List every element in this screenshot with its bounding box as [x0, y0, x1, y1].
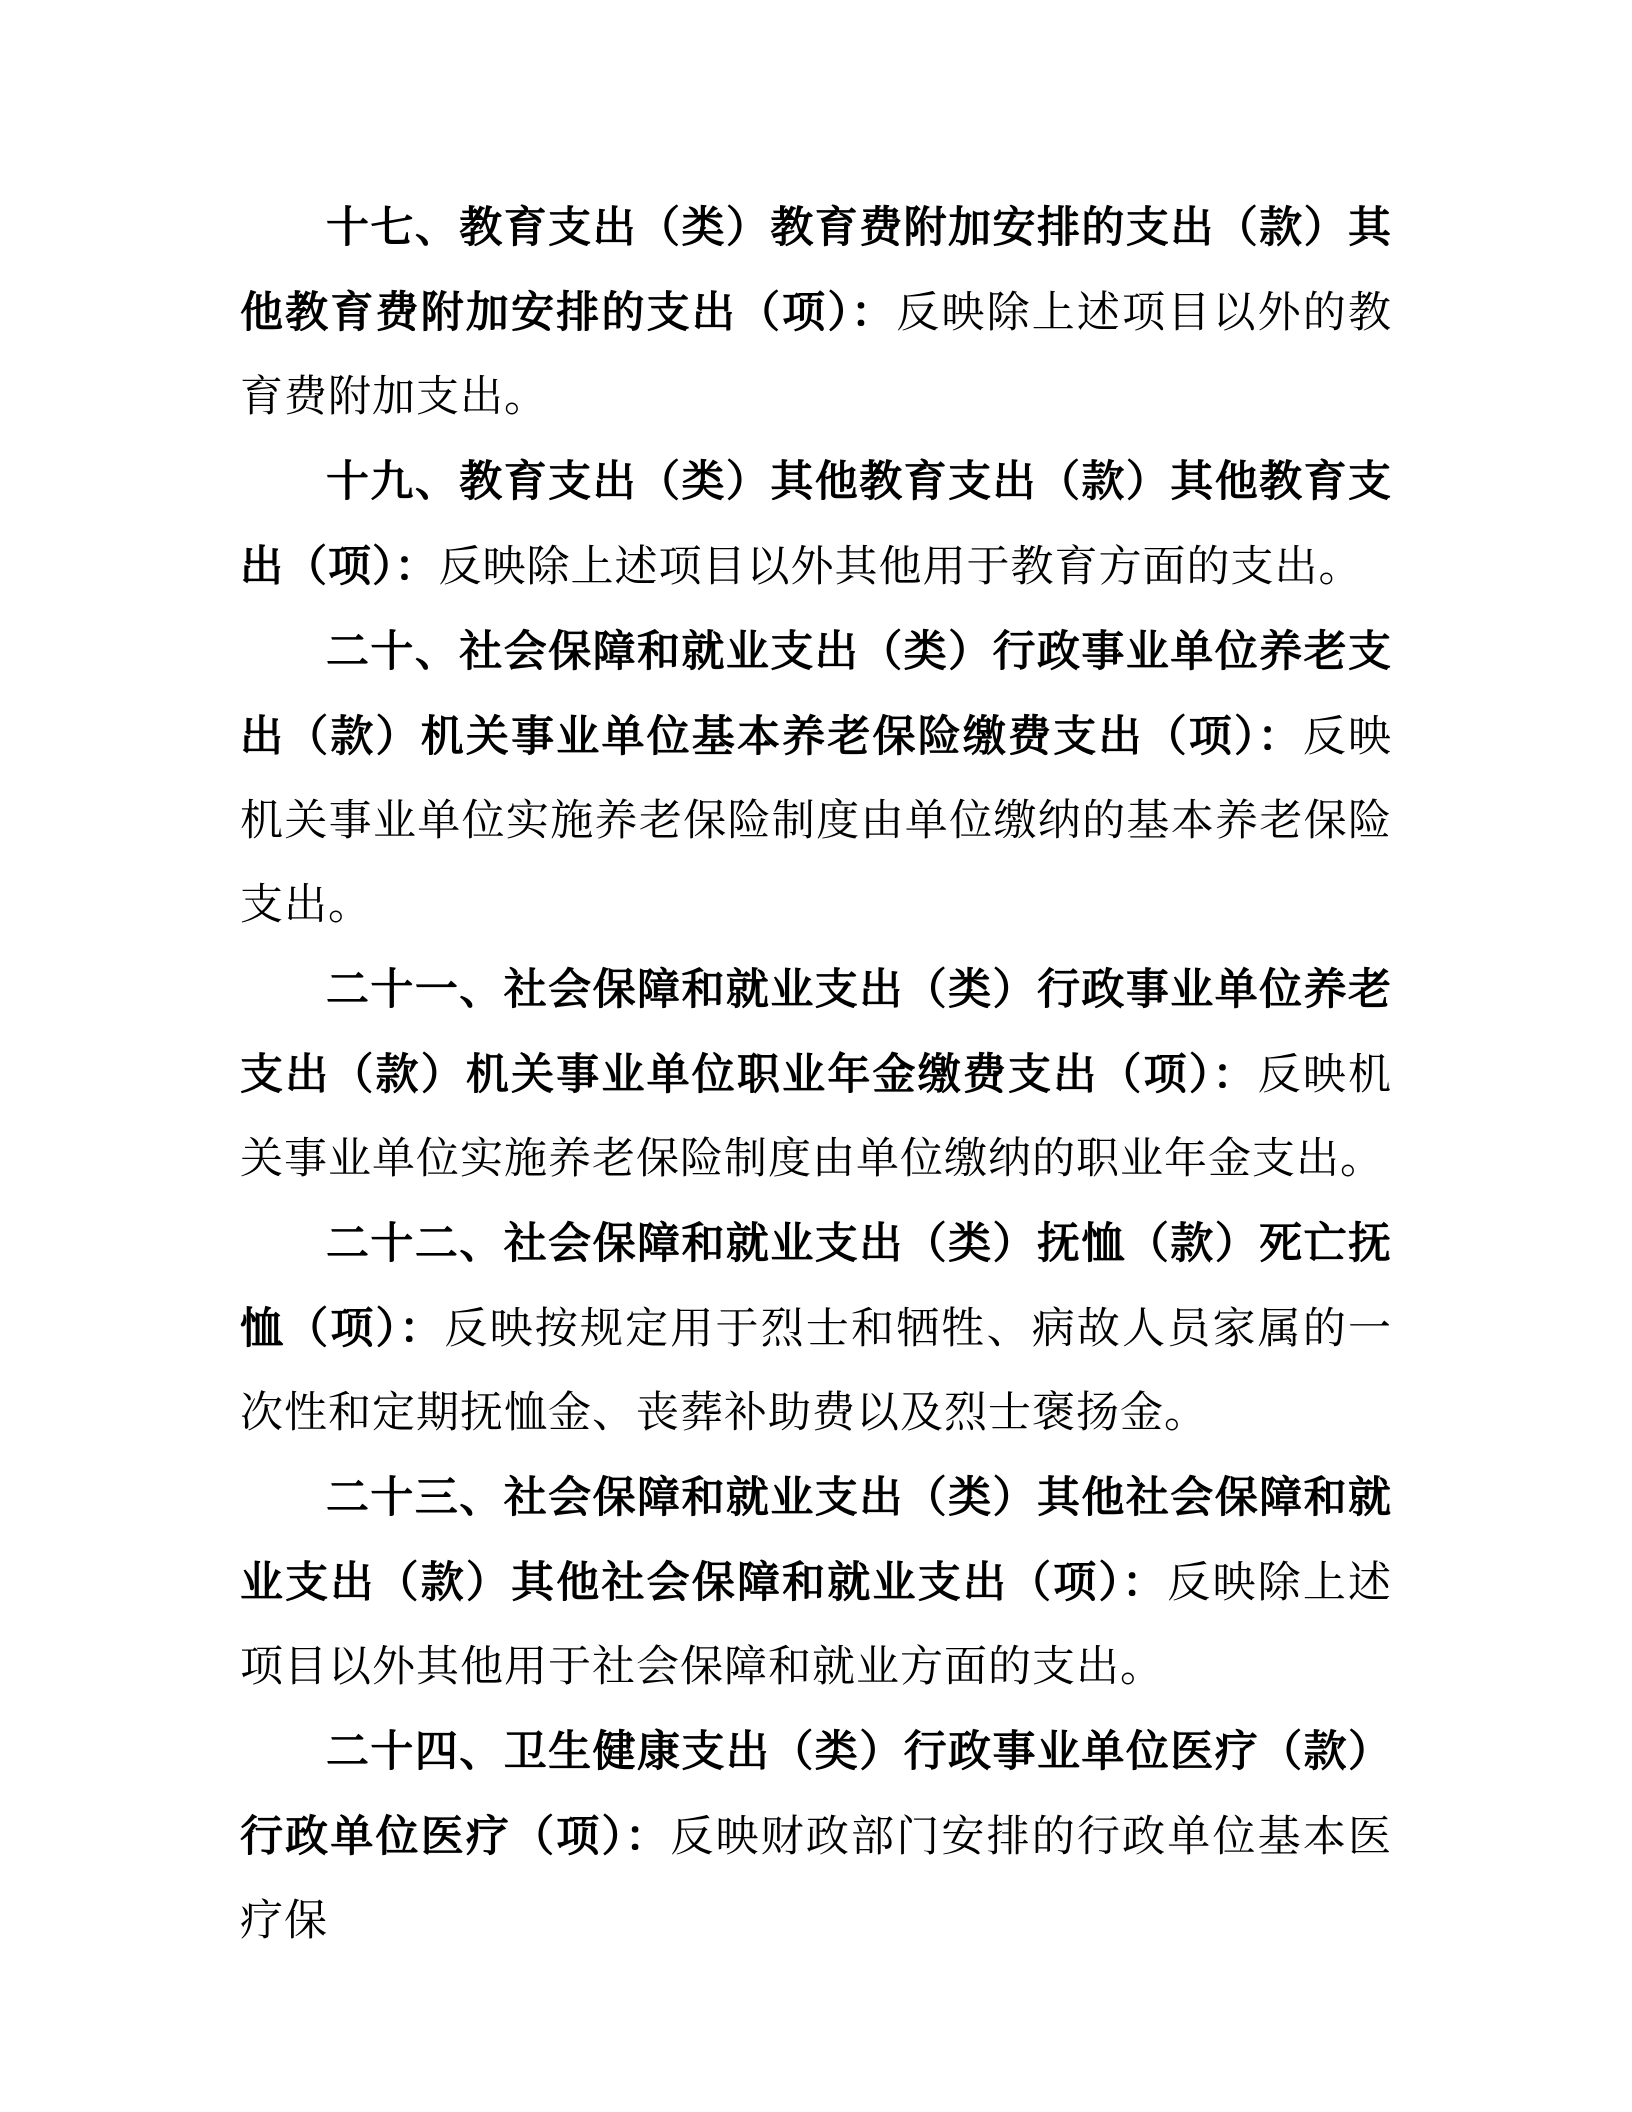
paragraph-clause-22: 二十二、社会保障和就业支出（类）抚恤（款）死亡抚恤（项）：反映按规定用于烈士和牺… [240, 1202, 1392, 1456]
paragraph-clause-17: 十七、教育支出（类）教育费附加安排的支出（款）其他教育费附加安排的支出（项）：反… [240, 186, 1392, 440]
paragraph-clause-20: 二十、社会保障和就业支出（类）行政事业单位养老支出（款）机关事业单位基本养老保险… [240, 610, 1392, 948]
clause-heading: 二十、社会保障和就业支出（类）行政事业单位养老支出（款）机关事业单位基本养老保险… [240, 628, 1392, 761]
paragraph-clause-24: 二十四、卫生健康支出（类）行政事业单位医疗（款）行政单位医疗（项）：反映财政部门… [240, 1710, 1392, 1964]
clause-heading: 二十一、社会保障和就业支出（类）行政事业单位养老支出（款）机关事业单位职业年金缴… [240, 966, 1392, 1099]
paragraph-clause-21: 二十一、社会保障和就业支出（类）行政事业单位养老支出（款）机关事业单位职业年金缴… [240, 948, 1392, 1202]
paragraph-clause-19: 十九、教育支出（类）其他教育支出（款）其他教育支出（项）：反映除上述项目以外其他… [240, 440, 1392, 610]
clause-description: 反映除上述项目以外其他用于教育方面的支出。 [439, 544, 1363, 591]
document-page: 十七、教育支出（类）教育费附加安排的支出（款）其他教育费附加安排的支出（项）：反… [0, 0, 1632, 2112]
document-text-block: 十七、教育支出（类）教育费附加安排的支出（款）其他教育费附加安排的支出（项）：反… [240, 186, 1392, 1964]
paragraph-clause-23: 二十三、社会保障和就业支出（类）其他社会保障和就业支出（款）其他社会保障和就业支… [240, 1456, 1392, 1710]
